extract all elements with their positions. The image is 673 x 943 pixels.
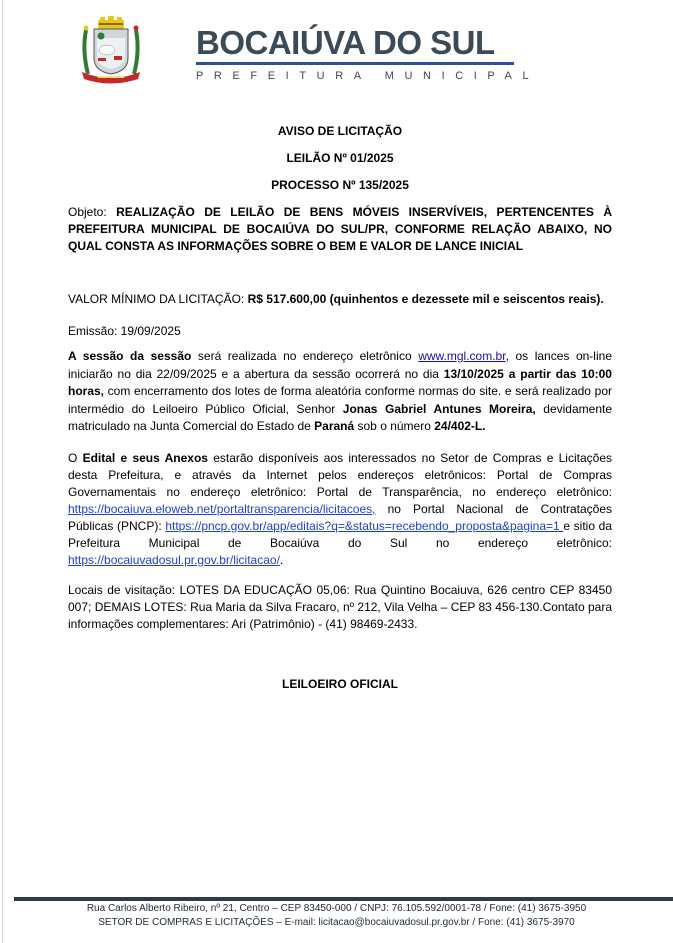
brand-subtitle: PREFEITURA MUNICIPAL	[196, 70, 539, 82]
notice-title: AVISO DE LICITAÇÃO	[68, 124, 612, 138]
signature-title: LEILOEIRO OFICIAL	[68, 677, 612, 691]
auction-site-link[interactable]: www.mgl.com.br	[418, 349, 505, 363]
emission-date: Emissão: 19/09/2025	[68, 323, 612, 340]
auction-number: LEILÃO Nº 01/2025	[68, 151, 612, 165]
footer: Rua Carlos Alberto Ribeiro, nº 21, Centr…	[0, 902, 673, 930]
edital-bold: Edital e seus Anexos	[83, 451, 208, 465]
process-number: PROCESSO Nº 135/2025	[68, 178, 612, 192]
minimum-value-amount: R$ 517.600,00 (quinhentos e dezessete mi…	[248, 292, 604, 306]
pncp-link[interactable]: https://pncp.gov.br/app/editais?q=&statu…	[165, 519, 563, 533]
session-lead: A sessão da sessão	[68, 349, 191, 363]
edital-text: .	[280, 553, 283, 567]
footer-divider	[14, 897, 673, 901]
footer-address: Rua Carlos Alberto Ribeiro, nº 21, Centr…	[0, 902, 673, 916]
object-label: Objeto:	[68, 205, 116, 219]
registration-number: 24/402-L.	[434, 419, 485, 433]
minimum-value-line: VALOR MÍNIMO DA LICITAÇÃO: R$ 517.600,00…	[68, 291, 612, 308]
brand-divider	[196, 62, 514, 65]
state-name: Paraná	[314, 419, 354, 433]
object-text: REALIZAÇÃO DE LEILÃO DE BENS MÓVEIS INSE…	[68, 205, 612, 253]
auctioneer-name: Jonas Gabriel Antunes Moreira,	[343, 402, 536, 416]
letterhead: BOCAIÚVA DO SUL PREFEITURA MUNICIPAL	[78, 16, 528, 88]
session-text: será realizada no endereço eletrônico	[191, 349, 418, 363]
object-paragraph: Objeto: REALIZAÇÃO DE LEILÃO DE BENS MÓV…	[68, 204, 612, 255]
municipal-coat-of-arms-icon	[78, 16, 144, 86]
minimum-value-label: VALOR MÍNIMO DA LICITAÇÃO:	[68, 292, 248, 306]
session-text: sob o número	[354, 419, 434, 433]
brand-name: BOCAIÚVA DO SUL	[196, 26, 539, 60]
visit-locations: Locais de visitação: LOTES DA EDUCAÇÃO 0…	[68, 582, 612, 633]
session-paragraph: A sessão da sessão será realizada no end…	[68, 348, 612, 436]
brand-block: BOCAIÚVA DO SUL PREFEITURA MUNICIPAL	[196, 26, 539, 82]
edital-paragraph: O Edital e seus Anexos estarão disponíve…	[68, 450, 612, 569]
city-licitacao-link[interactable]: https://bocaiuvadosul.pr.gov.br/licitaca…	[68, 553, 280, 567]
transparency-portal-link[interactable]: https://bocaiuva.eloweb.net/portaltransp…	[68, 502, 376, 516]
footer-contact: SETOR DE COMPRAS E LICITAÇÕES – E-mail: …	[0, 916, 673, 930]
edital-text: O	[68, 451, 83, 465]
page-edge	[2, 0, 3, 943]
